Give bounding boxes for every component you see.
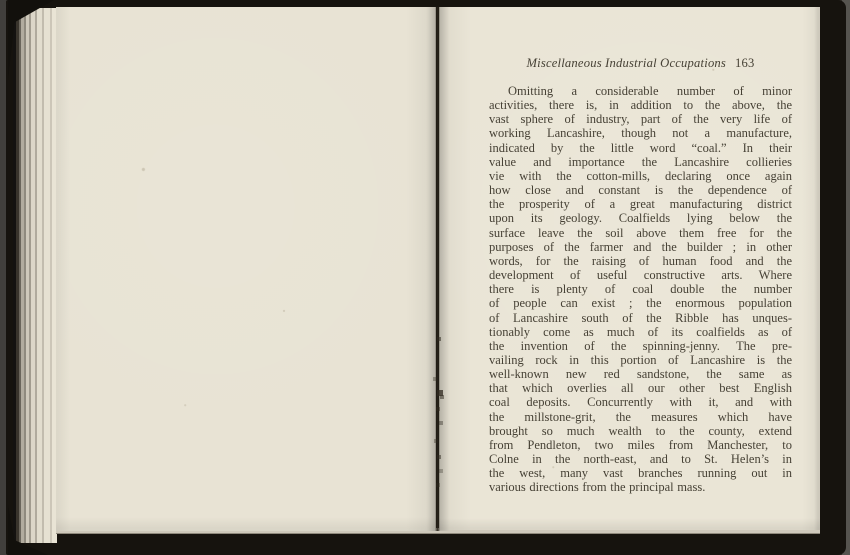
text-column: Miscellaneous Industrial Occupations 163… [489,56,792,495]
text-line: tionably come as much of its coalfields … [489,325,792,339]
text-line: activities, there is, in addition to the… [489,98,792,112]
text-line: development of useful constructive arts.… [489,268,792,282]
text-line: the millstone-grit, the measures which h… [489,410,792,424]
text-line: of Lancashire south of the Ribble has un… [489,311,792,325]
text-line: purposes of the farmer and the builder ;… [489,240,792,254]
text-line: the invention of the spinning-jenny. The… [489,339,792,353]
book-scan-photo: Miscellaneous Industrial Occupations 163… [0,0,850,555]
text-line: Omitting a considerable number of minor [489,84,792,98]
page-number: 163 [735,56,755,71]
text-line: Colne in the north-east, and to St. Hele… [489,452,792,466]
text-line: words, for the raising of human food and… [489,254,792,268]
running-header-title: Miscellaneous Industrial Occupations [526,56,726,71]
text-line: vie with the cotton-mills, declaring onc… [489,169,792,183]
left-page-blank [56,7,436,531]
text-line: working Lancashire, though not a manufac… [489,126,792,140]
text-line: the west, many vast branches running out… [489,466,792,480]
text-line: coal deposits. Concurrently with it, and… [489,395,792,409]
text-line: well-known new red sandstone, the same a… [489,367,792,381]
text-line: from Pendleton, two miles from Mancheste… [489,438,792,452]
text-line: that which overlies all our other best E… [489,381,792,395]
text-line: the prosperity of a great manufacturing … [489,197,792,211]
text-line: upon its geology. Coalfields lying below… [489,211,792,225]
text-line: how close and constant is the dependence… [489,183,792,197]
ink-specks [437,330,439,332]
text-line: vast sphere of industry, part of the ver… [489,112,792,126]
text-line: various directions from the principal ma… [489,480,792,494]
text-line: there is plenty of coal double the numbe… [489,282,792,296]
body-paragraph: Omitting a considerable number of minora… [489,84,792,495]
text-line: of people can exist ; the enormous popul… [489,296,792,310]
text-line: surface leave the soil above them free f… [489,226,792,240]
text-line: indicated by the little word “coal.” In … [489,141,792,155]
text-line: value and importance the Lancashire coll… [489,155,792,169]
right-page: Miscellaneous Industrial Occupations 163… [439,7,820,530]
text-line: vailing rock in this portion of Lancashi… [489,353,792,367]
text-line: brought so much wealth to the county, ex… [489,424,792,438]
book-gutter [426,7,450,531]
running-header: Miscellaneous Industrial Occupations 163 [489,56,792,71]
page-stack-fore-edge [13,8,57,543]
